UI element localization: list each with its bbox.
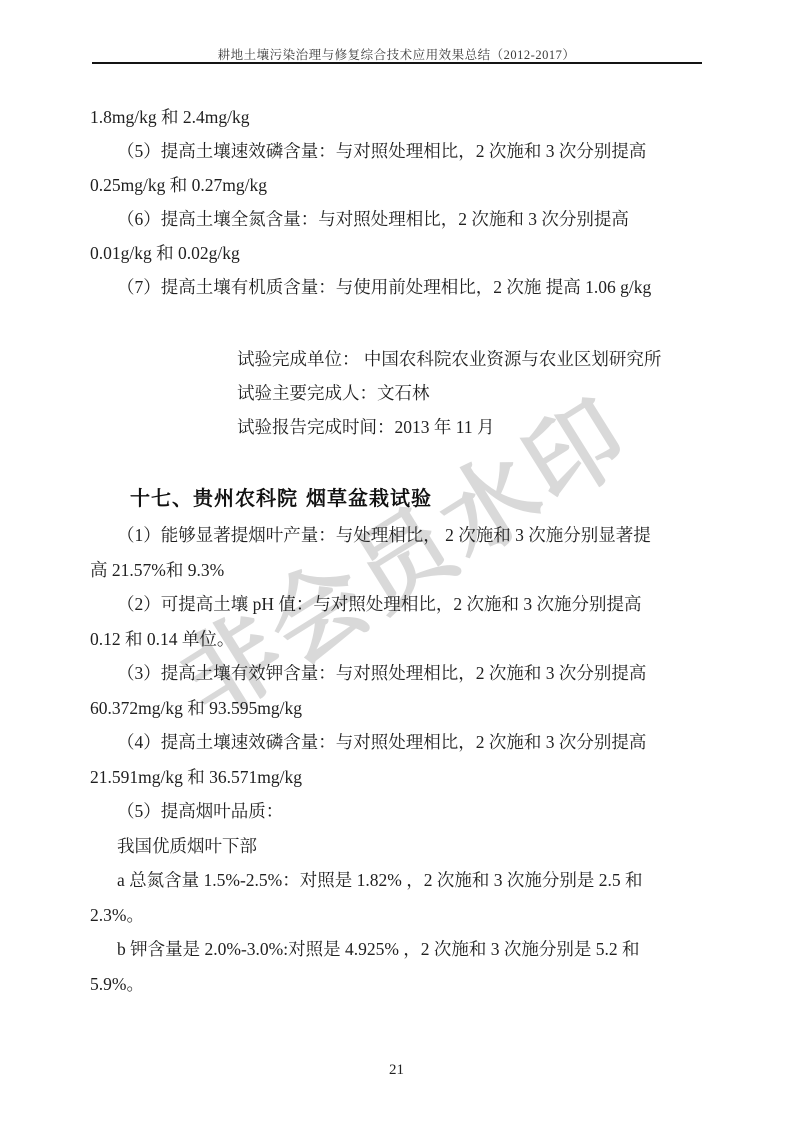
body-line: 0.25mg/kg 和 0.27mg/kg [90, 168, 706, 202]
credit-line-person: 试验主要完成人：文石林 [237, 376, 706, 410]
document-page: 非会员水印 耕地土壤污染治理与修复综合技术应用效果总结（2012-2017） 1… [0, 0, 793, 1122]
body-line: （5）提高烟叶品质： [90, 794, 706, 829]
body-line: 21.591mg/kg 和 36.571mg/kg [90, 760, 706, 795]
body-line: （6）提高土壤全氮含量：与对照处理相比，2 次施和 3 次分别提高 [90, 202, 706, 236]
running-header-title: 耕地土壤污染治理与修复综合技术应用效果总结（2012-2017） [0, 45, 793, 63]
section-tobacco-pot-trial: （1）能够显著提烟叶产量：与处理相比， 2 次施和 3 次施分别显著提 高 21… [90, 518, 706, 1001]
body-line: 2.3%。 [90, 898, 706, 933]
body-line: 0.12 和 0.14 单位。 [90, 622, 706, 657]
body-line: 5.9%。 [90, 967, 706, 1002]
header-rule [92, 62, 702, 64]
body-line: （2）可提高土壤 pH 值：与对照处理相比，2 次施和 3 次施分别提高 [90, 587, 706, 622]
body-line: 高 21.57%和 9.3% [90, 553, 706, 588]
body-line: 0.01g/kg 和 0.02g/kg [90, 236, 706, 270]
body-line: b 钾含量是 2.0%-3.0%:对照是 4.925% ，2 次施和 3 次施分… [90, 932, 706, 967]
body-line: （7）提高土壤有机质含量：与使用前处理相比，2 次施 提高 1.06 g/kg [90, 270, 706, 304]
section-heading: 十七、贵州农科院 烟草盆栽试验 [90, 481, 706, 515]
body-line: （1）能够显著提烟叶产量：与处理相比， 2 次施和 3 次施分别显著提 [90, 518, 706, 553]
body-line: 1.8mg/kg 和 2.4mg/kg [90, 100, 706, 134]
trial-credits-block: 试验完成单位： 中国农科院农业资源与农业区划研究所 试验主要完成人：文石林 试验… [237, 342, 706, 444]
body-line: （4）提高土壤速效磷含量：与对照处理相比，2 次施和 3 次分别提高 [90, 725, 706, 760]
body-line: 60.372mg/kg 和 93.595mg/kg [90, 691, 706, 726]
body-line: （5）提高土壤速效磷含量：与对照处理相比，2 次施和 3 次分别提高 [90, 134, 706, 168]
credit-line-unit: 试验完成单位： 中国农科院农业资源与农业区划研究所 [237, 342, 706, 376]
document-body: 1.8mg/kg 和 2.4mg/kg （5）提高土壤速效磷含量：与对照处理相比… [90, 100, 706, 1001]
page-number: 21 [0, 1062, 793, 1079]
credit-line-date: 试验报告完成时间：2013 年 11 月 [237, 410, 706, 444]
body-line: （3）提高土壤有效钾含量：与对照处理相比，2 次施和 3 次分别提高 [90, 656, 706, 691]
body-line: 我国优质烟叶下部 [90, 829, 706, 864]
body-line: a 总氮含量 1.5%-2.5%：对照是 1.82% ，2 次施和 3 次施分别… [90, 863, 706, 898]
section-fertilizer-results: 1.8mg/kg 和 2.4mg/kg （5）提高土壤速效磷含量：与对照处理相比… [90, 100, 706, 304]
